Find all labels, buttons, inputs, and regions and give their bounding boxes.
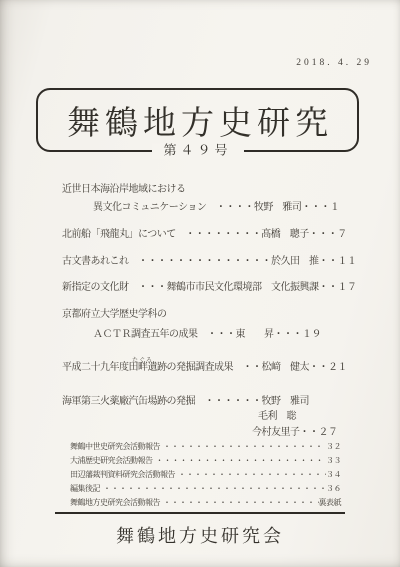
publisher-name: 舞鶴地方史研究会 [0, 522, 400, 548]
toc-article-5-title-line2: ＡＣＴＲ調査五年の成果 ・・・東 昇・・・１９ [93, 329, 321, 341]
toc-report-3-label: 田辺藩裁判資料研究会活動報告 [70, 470, 175, 480]
toc-article-7-line1: 海軍第三火薬廠汽缶場跡の発掘 ・・・・・・牧野 雅司 [62, 396, 309, 408]
toc-report-3-page: ３４ [326, 470, 341, 480]
toc-report-2: 大浦歴史研究会活動報告 ・・・・・・・・・・・・・・・・・・・・・・・・・・・・… [70, 456, 341, 466]
issue-date: 2018. 4. 29 [296, 58, 372, 68]
dot-leader: ・・・・・・・・・・・・・・・・・・・・・・・・・・・・・・・・・・・・ [160, 442, 326, 452]
footer-divider [55, 512, 345, 514]
journal-cover-scan: 2018. 4. 29 舞鶴地方史研究 第４９号 近世日本海沿岸地域における 異… [0, 0, 400, 567]
toc-report-5-label: 舞鶴地方史研究会活動報告 [70, 498, 160, 508]
toc-report-2-label: 大浦歴史研究会活動報告 [70, 456, 153, 466]
toc-article-7-author-2: 毛利 聡 [258, 411, 296, 423]
toc-article-5-title-line1: 京都府立大学歴史学科の [62, 309, 167, 321]
toc-article-1-title-line2: 異文化コミュニケーション ・・・・牧野 雅司・・・１ [93, 202, 339, 214]
toc-report-4-page: ３６ [326, 484, 341, 494]
toc-article-6: 平成二十九年度田畔遺跡の発掘調査成果 ・・松﨑 健太・・２１ [62, 362, 347, 374]
toc-report-4: 編集後記 ・・・・・・・・・・・・・・・・・・・・・・・・・・・・・・・・・・・… [70, 484, 341, 494]
toc-article-4: 新指定の文化財 ・・・舞鶴市市民文化環境部 文化振興課・・１７ [62, 282, 357, 294]
journal-title: 舞鶴地方史研究 [67, 97, 333, 144]
issue-number: 第４９号 [151, 144, 243, 159]
dot-leader: ・・・・・・・・・・・・・・・・・・・・・・・・・・・・・・・・・・・・ [100, 484, 326, 494]
toc-article-7-author-3: 今村友里子・・２７ [252, 427, 338, 439]
dot-leader: ・・・・・・・・・・・・・・・・・・・・・・・・・・・・・・・・・・・・ [175, 470, 326, 480]
toc-report-3: 田辺藩裁判資料研究会活動報告 ・・・・・・・・・・・・・・・・・・・・・・・・・… [70, 470, 341, 480]
dot-leader: ・・・・・・・・・・・・・・・・・・・・・・・・・・・・・・・・・・・・ [153, 456, 327, 466]
toc-report-2-page: ３３ [326, 456, 341, 466]
toc-report-5: 舞鶴地方史研究会活動報告 ・・・・・・・・・・・・・・・・・・・・・・・・・・・… [70, 498, 341, 508]
dot-leader: ・・・・・・・・・・・・・・・・・・・・・・・・・・・・・・・・・・・・ [160, 498, 319, 508]
toc-report-1: 舞鶴中世史研究会活動報告 ・・・・・・・・・・・・・・・・・・・・・・・・・・・… [70, 442, 341, 452]
toc-report-5-page: 裏表紙 [319, 498, 342, 508]
toc-article-2: 北前船「飛龍丸」について ・・・・・・・・髙橋 聰子・・・７ [62, 229, 347, 241]
toc-report-4-label: 編集後記 [70, 484, 100, 494]
toc-article-3: 古文書あれこれ ・・・・・・・・・・・・・・於久田 推・・１１ [62, 256, 357, 268]
toc-article-1-title-line1: 近世日本海沿岸地域における [62, 184, 186, 196]
masthead-title-box: 舞鶴地方史研究 第４９号 [36, 88, 359, 152]
toc-report-1-label: 舞鶴中世史研究会活動報告 [70, 442, 160, 452]
toc-report-1-page: ３２ [326, 442, 341, 452]
